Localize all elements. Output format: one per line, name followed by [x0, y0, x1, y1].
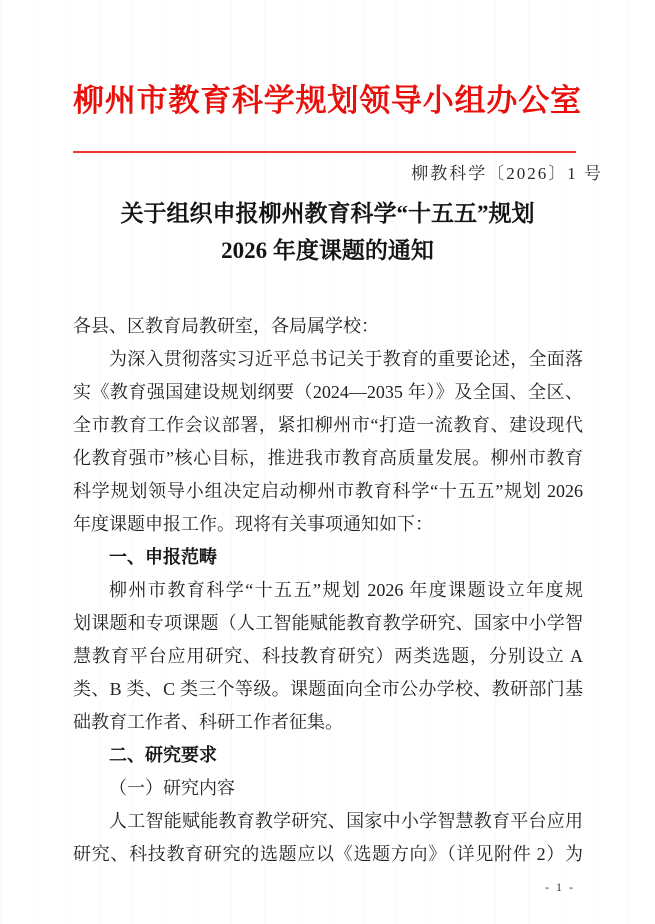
document-page: 柳州市教育科学规划领导小组办公室 柳教科学〔2026〕1 号 关于组织申报柳州教… [0, 0, 655, 924]
body-line: 础教育工作者、科研工作者征集。 [73, 706, 583, 739]
body-line: 划课题和专项课题（人工智能赋能教育教学研究、国家中小学智 [73, 607, 583, 640]
document-title: 关于组织申报柳州教育科学“十五五”规划 2026 年度课题的通知 [0, 195, 655, 269]
section-heading-2: 二、研究要求 [73, 739, 583, 772]
body-line: 化教育强市”核心目标，推进我市教育高质量发展。柳州市教育 [73, 442, 583, 475]
body-line: 年度课题申报工作。现将有关事项通知如下： [73, 508, 583, 541]
body-line: 研究、科技教育研究的选题应以《选题方向》（详见附件 2）为 [73, 838, 583, 871]
subsection-heading: （一）研究内容 [73, 772, 583, 805]
page-number: - 1 - [545, 880, 575, 895]
red-divider-line [73, 151, 576, 153]
body-line: 慧教育平台应用研究、科技教育研究）两类选题，分别设立 A [73, 640, 583, 673]
body-line: 类、B 类、C 类三个等级。课题面向全市公办学校、教研部门基 [73, 673, 583, 706]
body-line: 柳州市教育科学“十五五”规划 2026 年度课题设立年度规 [73, 574, 583, 607]
section-heading-1: 一、申报范畴 [73, 541, 583, 574]
body-line-salutation: 各县、区教育局教研室，各局属学校： [73, 310, 583, 343]
document-title-line1: 关于组织申报柳州教育科学“十五五”规划 [0, 195, 655, 232]
document-number: 柳教科学〔2026〕1 号 [411, 161, 603, 187]
body-line: 人工智能赋能教育教学研究、国家中小学智慧教育平台应用 [73, 805, 583, 838]
body-line: 科学规划领导小组决定启动柳州市教育科学“十五五”规划 2026 [73, 475, 583, 508]
document-body: 各县、区教育局教研室，各局属学校： 为深入贯彻落实习近平总书记关于教育的重要论述… [73, 310, 583, 871]
body-line: 为深入贯彻落实习近平总书记关于教育的重要论述，全面落 [73, 343, 583, 376]
body-line: 实《教育强国建设规划纲要（2024—2035 年）》及全国、全区、 [73, 376, 583, 409]
body-line: 全市教育工作会议部署，紧扣柳州市“打造一流教育、建设现代 [73, 409, 583, 442]
issuing-org-title: 柳州市教育科学规划领导小组办公室 [73, 80, 581, 122]
document-title-line2: 2026 年度课题的通知 [0, 232, 655, 269]
